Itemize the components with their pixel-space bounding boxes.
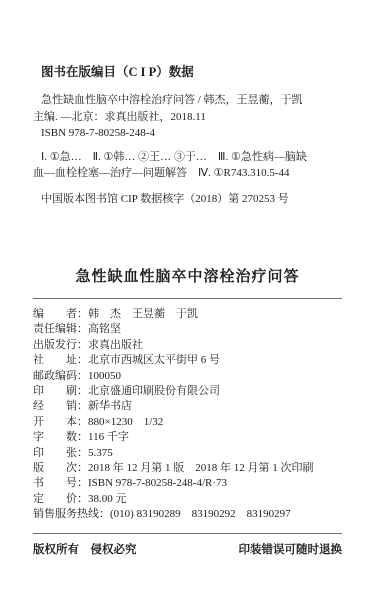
colophon-value: 高铭坚 bbox=[88, 323, 121, 335]
footer: 版权所有 侵权必究 印装错误可随时退换 bbox=[33, 541, 342, 557]
cip-block: 急性缺血性脑卒中溶栓治疗问答 / 韩杰，王昱蘅，于凯 主编. —北京：求真出版社… bbox=[33, 92, 342, 207]
colophon-label: 印 张： bbox=[33, 447, 88, 459]
colophon-row-edition: 版 次：2018 年 12 月第 1 版 2018 年 12 月第 1 次印刷 bbox=[33, 461, 342, 476]
colophon-label: 字 数： bbox=[33, 431, 88, 443]
return-policy-notice: 印装错误可随时退换 bbox=[239, 541, 343, 557]
colophon-row-postcode: 邮政编码：100050 bbox=[33, 369, 342, 384]
colophon-row-publisher: 出版发行：求真出版社 bbox=[33, 338, 342, 353]
colophon-row-word-count: 字 数：116 千字 bbox=[33, 430, 342, 445]
colophon-label: 邮政编码： bbox=[33, 370, 88, 382]
cip-line-classification-2: 血—血栓栓塞—治疗—问题解答 Ⅳ. ①R743.310.5-44 bbox=[33, 165, 342, 182]
divider-bottom bbox=[33, 533, 342, 534]
colophon-value: 韩 杰 王昱蘅 于凯 bbox=[88, 308, 198, 320]
colophon-row-distributor: 经 销：新华书店 bbox=[33, 399, 342, 414]
cip-line-title-authors: 急性缺血性脑卒中溶栓治疗问答 / 韩杰，王昱蘅，于凯 bbox=[33, 92, 342, 109]
colophon-row-printer: 印 刷：北京盛通印刷股份有限公司 bbox=[33, 384, 342, 399]
colophon-label: 开 本： bbox=[33, 416, 88, 428]
colophon-value: 38.00 元 bbox=[88, 493, 127, 505]
cip-heading: 图书在版编目（C I P）数据 bbox=[33, 62, 342, 80]
cip-line-isbn: ISBN 978-7-80258-248-4 bbox=[33, 125, 342, 142]
colophon-label: 版 次： bbox=[33, 462, 88, 474]
book-copyright-page: 图书在版编目（C I P）数据 急性缺血性脑卒中溶栓治疗问答 / 韩杰，王昱蘅，… bbox=[0, 0, 375, 602]
colophon-value: (010) 83190289 83190292 83190297 bbox=[110, 508, 291, 520]
colophon-value: 北京市西城区太平街甲 6 号 bbox=[88, 354, 220, 366]
colophon-row-responsible-editor: 责任编辑：高铭坚 bbox=[33, 322, 342, 337]
copyright-notice: 版权所有 侵权必究 bbox=[33, 541, 137, 557]
colophon-row-price: 定 价：38.00 元 bbox=[33, 492, 342, 507]
colophon-row-editors: 编 者：韩 杰 王昱蘅 于凯 bbox=[33, 307, 342, 322]
colophon-label: 销售服务热线： bbox=[33, 508, 110, 520]
colophon-value: 880×1230 1/32 bbox=[88, 416, 163, 428]
colophon-row-format: 开 本：880×1230 1/32 bbox=[33, 415, 342, 430]
colophon-value: 116 千字 bbox=[88, 431, 129, 443]
colophon-row-sales-hotline: 销售服务热线：(010) 83190289 83190292 83190297 bbox=[33, 507, 342, 522]
colophon-row-book-number: 书 号：ISBN 978-7-80258-248-4/R·73 bbox=[33, 476, 342, 491]
book-title: 急性缺血性脑卒中溶栓治疗问答 bbox=[33, 265, 342, 286]
colophon-label: 出版发行： bbox=[33, 339, 88, 351]
colophon-row-sheets: 印 张：5.375 bbox=[33, 446, 342, 461]
colophon-value: ISBN 978-7-80258-248-4/R·73 bbox=[88, 477, 227, 489]
colophon-value: 2018 年 12 月第 1 版 2018 年 12 月第 1 次印刷 bbox=[88, 462, 314, 474]
colophon-label: 社 址： bbox=[33, 354, 88, 366]
colophon-row-address: 社 址：北京市西城区太平街甲 6 号 bbox=[33, 353, 342, 368]
cip-line-publisher: 主编. —北京：求真出版社，2018.11 bbox=[33, 109, 342, 126]
colophon-value: 100050 bbox=[88, 370, 121, 382]
colophon-label: 定 价： bbox=[33, 493, 88, 505]
colophon-value: 求真出版社 bbox=[88, 339, 143, 351]
page-content: 图书在版编目（C I P）数据 急性缺血性脑卒中溶栓治疗问答 / 韩杰，王昱蘅，… bbox=[33, 0, 342, 557]
divider-top bbox=[33, 298, 342, 299]
cip-line-classification-1: Ⅰ. ①急… Ⅱ. ①韩… ②王… ③于… Ⅲ. ①急性病—脑缺 bbox=[33, 149, 342, 166]
colophon-label: 责任编辑： bbox=[33, 323, 88, 335]
colophon-value: 北京盛通印刷股份有限公司 bbox=[88, 385, 220, 397]
colophon-label: 编 者： bbox=[33, 308, 88, 320]
colophon-label: 书 号： bbox=[33, 477, 88, 489]
colophon-label: 印 刷： bbox=[33, 385, 88, 397]
colophon-block: 编 者：韩 杰 王昱蘅 于凯 责任编辑：高铭坚 出版发行：求真出版社 社 址：北… bbox=[33, 307, 342, 523]
colophon-value: 5.375 bbox=[88, 447, 113, 459]
colophon-label: 经 销： bbox=[33, 400, 88, 412]
colophon-value: 新华书店 bbox=[88, 400, 132, 412]
cip-record-number: 中国版本图书馆 CIP 数据核字（2018）第 270253 号 bbox=[33, 191, 342, 208]
